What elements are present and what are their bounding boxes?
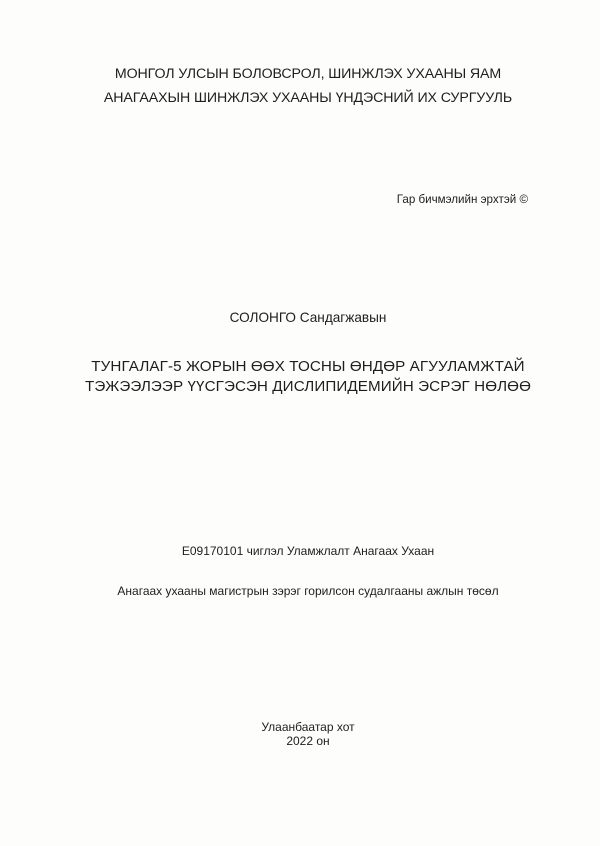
copyright-notice: Гар бичмэлийн эрхтэй © xyxy=(397,193,528,206)
author-name: СОЛОНГО Сандагжавын xyxy=(0,310,600,325)
university-name: АНАГААХЫН ШИНЖЛЭХ УХААНЫ ҮНДЭСНИЙ ИХ СУР… xyxy=(0,90,600,106)
thesis-title-line-2: ТЭЖЭЭЛЭЭР ҮҮСГЭСЭН ДИСЛИПИДЕМИЙН ЭСРЭГ Н… xyxy=(0,378,600,395)
ministry-name: МОНГОЛ УЛСЫН БОЛОВСРОЛ, ШИНЖЛЭХ УХААНЫ Я… xyxy=(0,66,600,82)
thesis-title-line-1: ТУНГАЛАГ-5 ЖОРЫН ӨӨХ ТОСНЫ ӨНДӨР АГУУЛАМ… xyxy=(0,358,600,375)
program-code: E09170101 чиглэл Уламжлалт Анагаах Ухаан xyxy=(0,544,600,558)
city: Улаанбаатар хот xyxy=(0,720,600,734)
year: 2022 он xyxy=(0,734,600,748)
thesis-title-page: МОНГОЛ УЛСЫН БОЛОВСРОЛ, ШИНЖЛЭХ УХААНЫ Я… xyxy=(0,0,600,846)
degree-description: Анагаах ухааны магистрын зэрэг горилсон … xyxy=(0,584,600,598)
